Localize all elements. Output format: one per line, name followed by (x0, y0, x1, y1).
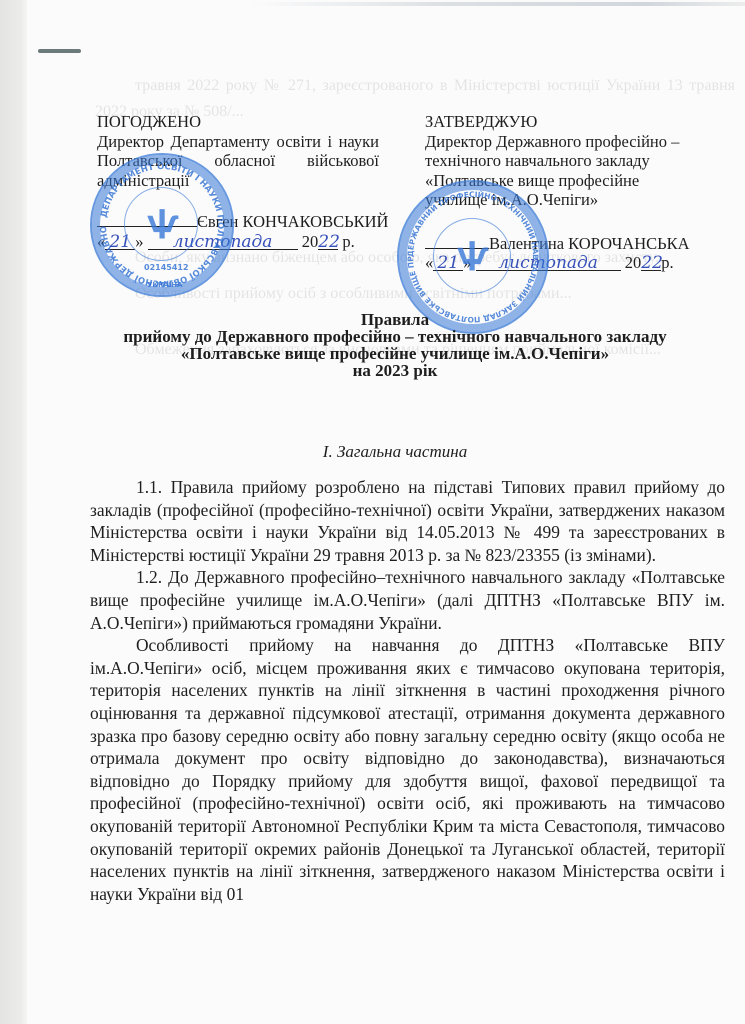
approval-position-line: технічного навчального закладу (425, 151, 725, 171)
staple-mark (38, 49, 81, 53)
svg-text:02145412: 02145412 (144, 263, 189, 272)
date-year: 22 (318, 233, 338, 250)
approval-position-line: Директор Державного професійно – (425, 132, 725, 152)
coat-of-arms-icon: ѱ (147, 205, 179, 240)
date-suffix: р. (661, 253, 673, 272)
word: військової (307, 151, 379, 170)
date-year: 22 (641, 254, 661, 271)
paragraph: 1.2. До Державного професійно–технічного… (90, 566, 725, 634)
title-line: на 2023 рік (100, 362, 690, 379)
document-body: 1.1. Правила прийому розроблено на підст… (90, 476, 725, 905)
date-year-prefix: 20 (302, 232, 319, 251)
coat-of-arms-icon: ѱ (457, 237, 489, 272)
official-stamp-department: ДЕПАРТАМЕНТ ОСВІТИ І НАУКИ ПОЛТАВСЬКОЇ О… (90, 153, 234, 297)
approval-heading: ПОГОДЖЕНО (97, 112, 379, 132)
title-line: «Полтавське вище професійне училище ім.А… (100, 345, 690, 362)
date-suffix: р. (342, 232, 354, 251)
scan-edge (0, 0, 27, 1024)
approval-position-line: Директор Департаменту освіти і науки (97, 132, 379, 152)
document-title: Правила прийому до Державного професійно… (100, 311, 690, 379)
section-heading: І. Загальна частина (100, 442, 690, 462)
scan-streak (250, 2, 745, 6)
paragraph: 1.1. Правила прийому розроблено на підст… (90, 476, 725, 566)
title-line: Правила (100, 311, 690, 328)
svg-text:УКРАЇНА: УКРАЇНА (147, 280, 183, 289)
approval-heading: ЗАТВЕРДЖУЮ (425, 112, 725, 132)
date-year-prefix: 20 (625, 253, 642, 272)
title-line: прийому до Державного професійно – техні… (100, 328, 690, 345)
paragraph: Особливості прийому на навчання до ДПТНЗ… (90, 634, 725, 905)
